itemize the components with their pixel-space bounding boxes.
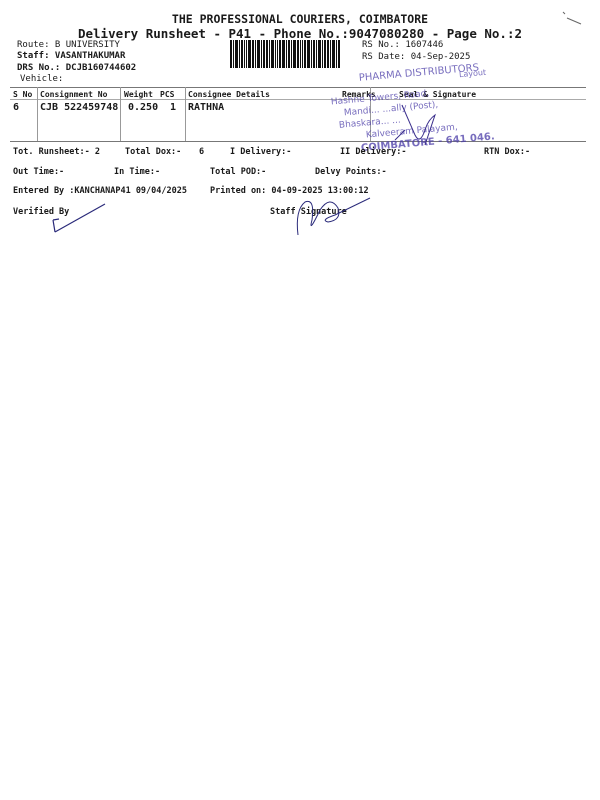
barcode — [230, 40, 358, 68]
route-label: Route: B UNIVERSITY — [17, 40, 120, 50]
total-runsheet: Tot. Runsheet:- 2 — [13, 147, 100, 157]
cell-weight: 0.250 — [128, 102, 158, 113]
cell-pcs: 1 — [170, 102, 176, 113]
header-s-no: S No — [13, 90, 32, 99]
seal-signature-scribble — [390, 100, 450, 150]
rtn-dox: RTN Dox:- — [484, 147, 530, 157]
col-divider — [37, 87, 38, 141]
rs-date: RS Date: 04-Sep-2025 — [362, 52, 470, 62]
stamp-line: Layout — [459, 68, 487, 79]
cell-consignment-no: CJB 522459748 — [40, 102, 118, 113]
i-delivery: I Delivery:- — [230, 147, 291, 157]
in-time: In Time:- — [114, 167, 160, 177]
header-consignee-details: Consignee Details — [188, 90, 270, 99]
out-time: Out Time:- — [13, 167, 64, 177]
rs-number: RS No.: 1607446 — [362, 40, 443, 50]
total-dox-label: Total Dox:- — [125, 147, 181, 157]
staff-label: Staff: VASANTHAKUMAR — [17, 51, 125, 61]
header-consignment-no: Consignment No — [40, 90, 107, 99]
cell-consignee: RATHNA — [188, 102, 224, 113]
total-dox-value: 6 — [199, 147, 204, 157]
runsheet-subtitle: Delivery Runsheet - P41 - Phone No.:9047… — [0, 26, 600, 41]
ii-delivery: II Delivery:- — [340, 147, 407, 157]
drs-number: DRS No.: DCJB160744602 — [17, 63, 136, 73]
staff-signature-scribble — [290, 190, 380, 240]
header-weight: Weight — [124, 90, 153, 99]
corner-mark — [555, 10, 585, 30]
col-divider — [185, 87, 186, 141]
verifier-signature — [45, 200, 110, 240]
entered-by: Entered By :KANCHANAP41 09/04/2025 — [13, 186, 187, 196]
vehicle-label: Vehicle: — [20, 74, 63, 84]
total-pod: Total POD:- — [210, 167, 266, 177]
delvy-points: Delvy Points:- — [315, 167, 387, 177]
header-pcs: PCS — [160, 90, 174, 99]
company-title: THE PROFESSIONAL COURIERS, COIMBATORE — [0, 12, 600, 26]
col-divider — [120, 87, 121, 141]
cell-s-no: 6 — [13, 102, 19, 113]
